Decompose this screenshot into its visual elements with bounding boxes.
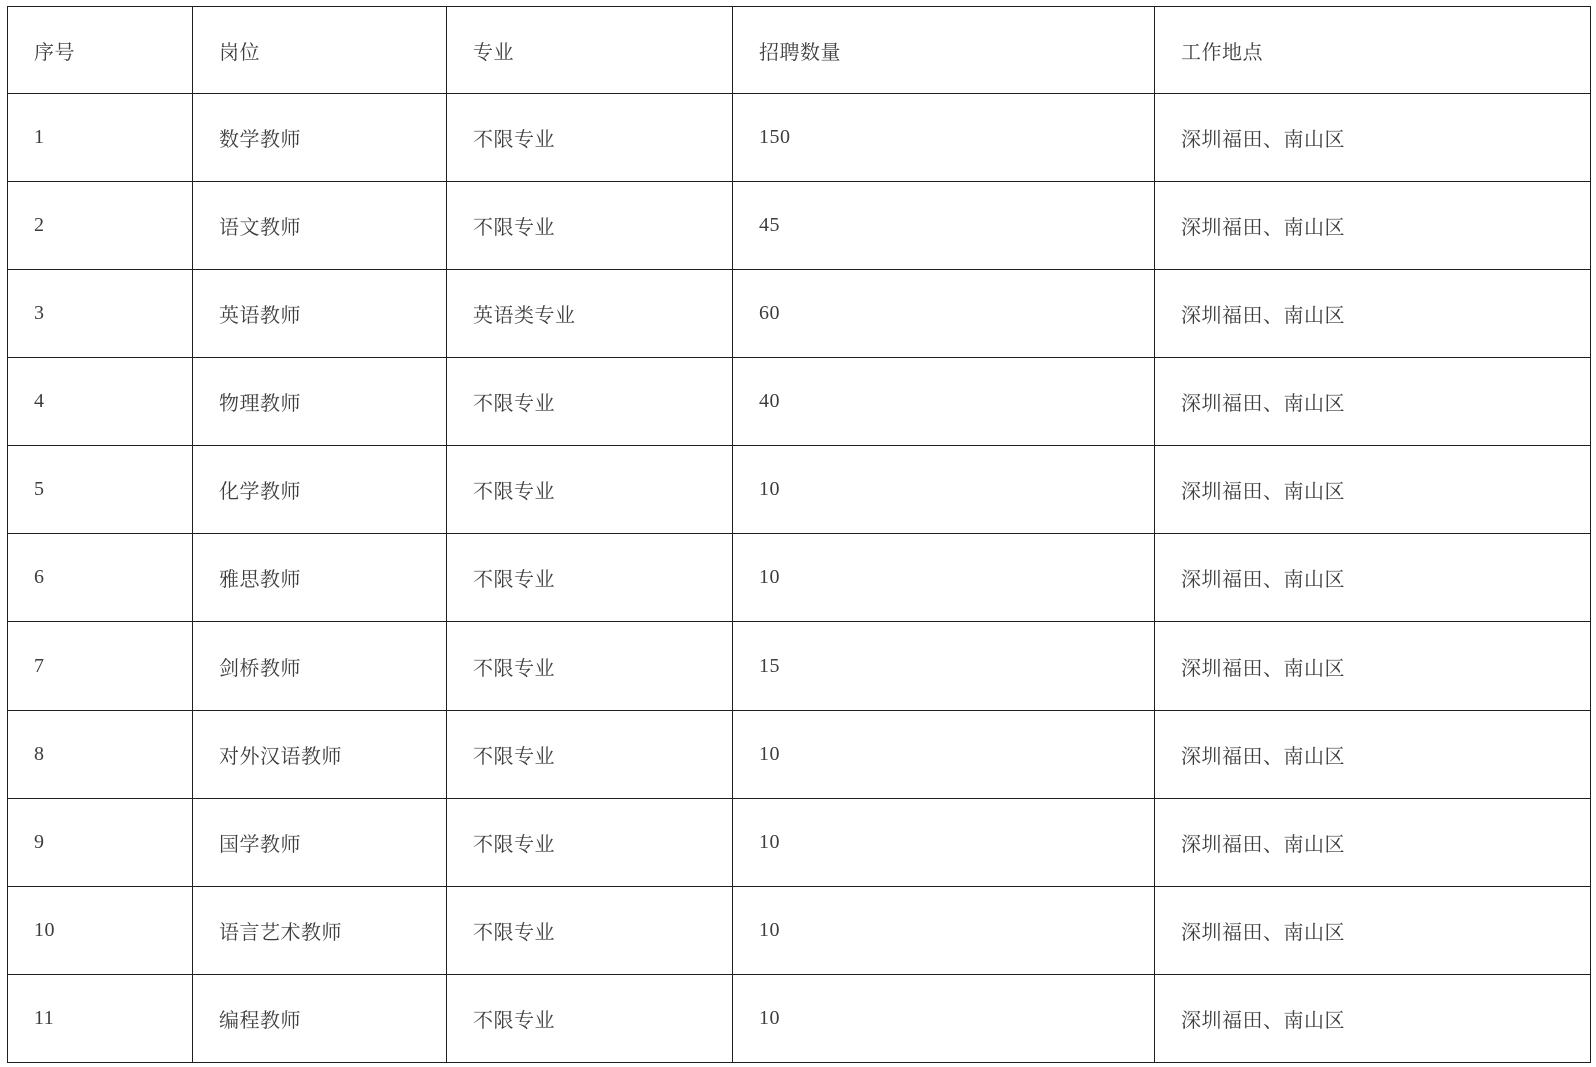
table-body: 1数学教师不限专业150深圳福田、南山区2语文教师不限专业45深圳福田、南山区3… (8, 94, 1591, 1063)
table-cell-location: 深圳福田、南山区 (1155, 886, 1591, 974)
table-cell-count: 10 (733, 974, 1155, 1062)
table-cell-count: 10 (733, 710, 1155, 798)
table-cell-count: 40 (733, 358, 1155, 446)
table-row: 11编程教师不限专业10深圳福田、南山区 (8, 974, 1591, 1062)
table-row: 10语言艺术教师不限专业10深圳福田、南山区 (8, 886, 1591, 974)
table-cell-index: 6 (8, 534, 193, 622)
column-header-location: 工作地点 (1155, 7, 1591, 94)
table-cell-major: 不限专业 (447, 94, 733, 182)
table-cell-location: 深圳福田、南山区 (1155, 798, 1591, 886)
table-cell-location: 深圳福田、南山区 (1155, 534, 1591, 622)
table-cell-index: 1 (8, 94, 193, 182)
table-header-row: 序号 岗位 专业 招聘数量 工作地点 (8, 7, 1591, 94)
table-cell-major: 不限专业 (447, 974, 733, 1062)
table-cell-index: 7 (8, 622, 193, 710)
column-header-position: 岗位 (193, 7, 447, 94)
table-cell-location: 深圳福田、南山区 (1155, 358, 1591, 446)
table-cell-location: 深圳福田、南山区 (1155, 94, 1591, 182)
table-row: 9国学教师不限专业10深圳福田、南山区 (8, 798, 1591, 886)
table-row: 7剑桥教师不限专业15深圳福田、南山区 (8, 622, 1591, 710)
table-cell-major: 不限专业 (447, 182, 733, 270)
table-cell-position: 编程教师 (193, 974, 447, 1062)
column-header-major: 专业 (447, 7, 733, 94)
table-cell-location: 深圳福田、南山区 (1155, 446, 1591, 534)
table-cell-location: 深圳福田、南山区 (1155, 622, 1591, 710)
recruitment-table: 序号 岗位 专业 招聘数量 工作地点 1数学教师不限专业150深圳福田、南山区2… (7, 6, 1591, 1063)
table-cell-position: 对外汉语教师 (193, 710, 447, 798)
table-cell-location: 深圳福田、南山区 (1155, 710, 1591, 798)
table-row: 1数学教师不限专业150深圳福田、南山区 (8, 94, 1591, 182)
table-cell-position: 物理教师 (193, 358, 447, 446)
table-cell-position: 雅思教师 (193, 534, 447, 622)
table-row: 3英语教师英语类专业60深圳福田、南山区 (8, 270, 1591, 358)
table-row: 4物理教师不限专业40深圳福田、南山区 (8, 358, 1591, 446)
table-row: 5化学教师不限专业10深圳福田、南山区 (8, 446, 1591, 534)
table-cell-count: 60 (733, 270, 1155, 358)
table-row: 2语文教师不限专业45深圳福田、南山区 (8, 182, 1591, 270)
table-cell-index: 9 (8, 798, 193, 886)
table-cell-major: 不限专业 (447, 534, 733, 622)
table-cell-count: 10 (733, 886, 1155, 974)
table-cell-index: 5 (8, 446, 193, 534)
table-cell-index: 3 (8, 270, 193, 358)
table-cell-index: 4 (8, 358, 193, 446)
table-cell-position: 数学教师 (193, 94, 447, 182)
table-cell-position: 英语教师 (193, 270, 447, 358)
table-row: 8对外汉语教师不限专业10深圳福田、南山区 (8, 710, 1591, 798)
table-cell-location: 深圳福田、南山区 (1155, 270, 1591, 358)
table-cell-major: 不限专业 (447, 358, 733, 446)
table-cell-count: 45 (733, 182, 1155, 270)
column-header-count: 招聘数量 (733, 7, 1155, 94)
table-cell-major: 不限专业 (447, 798, 733, 886)
table-cell-count: 10 (733, 798, 1155, 886)
table-cell-major: 不限专业 (447, 446, 733, 534)
table-cell-position: 化学教师 (193, 446, 447, 534)
table-cell-major: 英语类专业 (447, 270, 733, 358)
table-cell-major: 不限专业 (447, 710, 733, 798)
table-cell-major: 不限专业 (447, 622, 733, 710)
table-cell-index: 2 (8, 182, 193, 270)
table-row: 6雅思教师不限专业10深圳福田、南山区 (8, 534, 1591, 622)
table-cell-location: 深圳福田、南山区 (1155, 974, 1591, 1062)
table-cell-count: 10 (733, 446, 1155, 534)
table-cell-count: 15 (733, 622, 1155, 710)
table-cell-major: 不限专业 (447, 886, 733, 974)
table-cell-position: 国学教师 (193, 798, 447, 886)
table-cell-index: 11 (8, 974, 193, 1062)
table-cell-position: 语文教师 (193, 182, 447, 270)
table-cell-index: 8 (8, 710, 193, 798)
table-cell-count: 150 (733, 94, 1155, 182)
table-cell-index: 10 (8, 886, 193, 974)
column-header-index: 序号 (8, 7, 193, 94)
table-cell-position: 剑桥教师 (193, 622, 447, 710)
table-cell-position: 语言艺术教师 (193, 886, 447, 974)
document-page: 序号 岗位 专业 招聘数量 工作地点 1数学教师不限专业150深圳福田、南山区2… (0, 0, 1596, 1067)
table-cell-location: 深圳福田、南山区 (1155, 182, 1591, 270)
table-cell-count: 10 (733, 534, 1155, 622)
